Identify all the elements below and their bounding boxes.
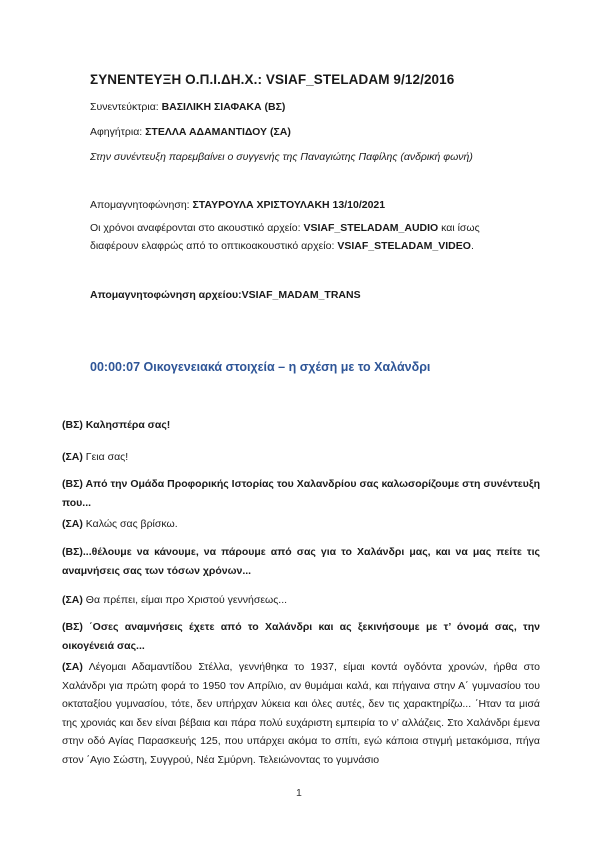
utterance-text: ...θέλουμε να κάνουμε, να πάρουμε από σα… [62, 546, 540, 577]
speaker-label: (ΒΣ) [62, 419, 83, 431]
transcript-entry: (ΣΑ) Λέγομαι Αδαμαντίδου Στέλλα, γεννήθη… [62, 658, 540, 769]
speaker-label: (ΣΑ) [62, 451, 83, 463]
utterance-text: Γεια σας! [83, 451, 128, 463]
interviewer-label: Συνεντεύκτρια: [90, 101, 162, 113]
video-file-name: VSIAF_STELADAM_VIDEO [337, 240, 471, 252]
document-page: ΣΥΝΕΝΤΕΥΞΗ Ο.Π.Ι.ΔΗ.Χ.: VSIAF_STELADAM 9… [0, 0, 600, 849]
times-note-text: . [471, 240, 474, 252]
transcription-file-name: VSIAF_MADAM_TRANS [242, 289, 361, 301]
utterance-text: Καλησπέρα σας! [83, 419, 170, 431]
audio-file-name: VSIAF_STELADAM_AUDIO [303, 222, 438, 234]
utterance-text: ΄Οσες αναμνήσεις έχετε από το Χαλάνδρι κ… [62, 621, 540, 652]
utterance-text: Καλώς σας βρίσκω. [83, 518, 178, 530]
times-note-line-2: διαφέρουν ελαφρώς από το οπτικοακουστικό… [90, 240, 474, 252]
transcript-entry: (ΒΣ) Από την Ομάδα Προφορικής Ιστορίας τ… [62, 475, 540, 512]
transcriber-name: ΣΤΑΥΡΟΥΛΑ ΧΡΙΣΤΟΥΛΑΚΗ 13/10/2021 [193, 199, 386, 211]
speaker-label: (ΣΑ) [62, 661, 83, 673]
speaker-label: (ΒΣ) [62, 546, 83, 558]
narrator-name: ΣΤΕΛΛΑ ΑΔΑΜΑΝΤΙΔΟΥ (ΣΑ) [145, 126, 291, 138]
page-number: 1 [296, 787, 302, 799]
section-heading: 00:00:07 Οικογενειακά στοιχεία – η σχέση… [90, 360, 430, 374]
interviewer-name: ΒΑΣΙΛΙΚΗ ΣΙΑΦΑΚΑ (ΒΣ) [162, 101, 286, 113]
utterance-text: Από την Ομάδα Προφορικής Ιστορίας του Χα… [62, 478, 540, 509]
times-note-text: Οι χρόνοι αναφέρονται στο ακουστικό αρχε… [90, 222, 303, 234]
utterance-text: Λέγομαι Αδαμαντίδου Στέλλα, γεννήθηκα το… [62, 661, 540, 766]
transcription-file-line: Απομαγνητοφώνηση αρχείου:VSIAF_MADAM_TRA… [90, 289, 361, 301]
transcript-entry: (ΣΑ) Γεια σας! [62, 448, 540, 467]
transcript-entry: (ΣΑ) Θα πρέπει, είμαι προ Χριστού γεννήσ… [62, 591, 540, 610]
transcript-entry: (ΒΣ)...θέλουμε να κάνουμε, να πάρουμε απ… [62, 543, 540, 580]
transcriber-line: Απομαγνητοφώνηση: ΣΤΑΥΡΟΥΛΑ ΧΡΙΣΤΟΥΛΑΚΗ … [90, 199, 385, 211]
times-note-text: και ίσως [438, 222, 479, 234]
narrator-line: Αφηγήτρια: ΣΤΕΛΛΑ ΑΔΑΜΑΝΤΙΔΟΥ (ΣΑ) [90, 126, 291, 138]
speaker-label: (ΣΑ) [62, 518, 83, 530]
transcription-file-label: Απομαγνητοφώνηση αρχείου: [90, 289, 242, 301]
transcriber-label: Απομαγνητοφώνηση: [90, 199, 193, 211]
speaker-label: (ΒΣ) [62, 621, 83, 633]
interview-note: Στην συνέντευξη παρεμβαίνει ο συγγενής τ… [90, 151, 473, 163]
utterance-text: Θα πρέπει, είμαι προ Χριστού γεννήσεως..… [83, 594, 287, 606]
speaker-label: (ΣΑ) [62, 594, 83, 606]
transcript-entry: (ΒΣ) Καλησπέρα σας! [62, 416, 540, 435]
interviewer-line: Συνεντεύκτρια: ΒΑΣΙΛΙΚΗ ΣΙΑΦΑΚΑ (ΒΣ) [90, 101, 285, 113]
transcript-entry: (ΒΣ) ΄Οσες αναμνήσεις έχετε από το Χαλάν… [62, 618, 540, 655]
transcript-entry: (ΣΑ) Καλώς σας βρίσκω. [62, 515, 540, 534]
narrator-label: Αφηγήτρια: [90, 126, 145, 138]
speaker-label: (ΒΣ) [62, 478, 83, 490]
times-note-text: διαφέρουν ελαφρώς από το οπτικοακουστικό… [90, 240, 337, 252]
times-note-line-1: Οι χρόνοι αναφέρονται στο ακουστικό αρχε… [90, 222, 480, 234]
document-title: ΣΥΝΕΝΤΕΥΞΗ Ο.Π.Ι.ΔΗ.Χ.: VSIAF_STELADAM 9… [90, 72, 454, 87]
